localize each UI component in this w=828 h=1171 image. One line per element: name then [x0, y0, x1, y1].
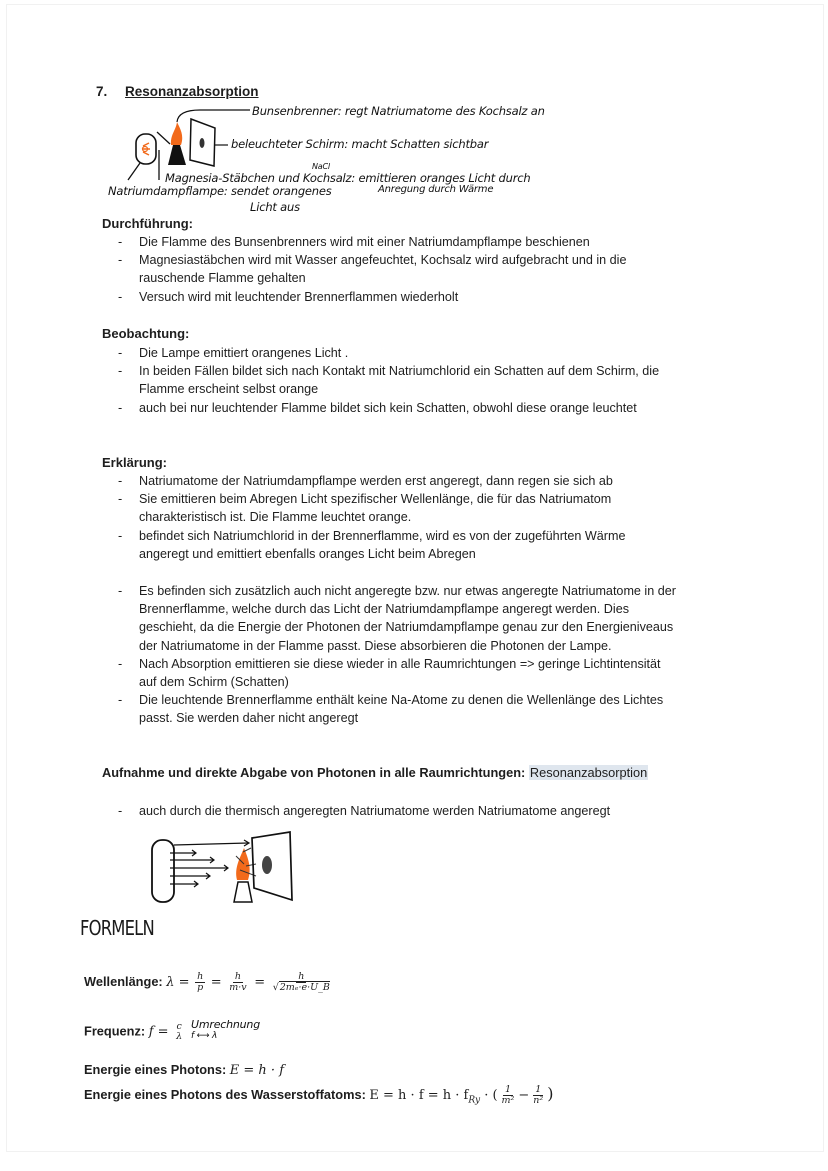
note-umrechnung-2: f ⟷ λ — [191, 1031, 217, 1041]
formeln-heading: FORMELN — [80, 916, 154, 940]
thermal-sketch — [0, 0, 828, 920]
formula-label: Energie eines Photons: — [84, 1062, 226, 1077]
formula-label: Frequenz: — [84, 1023, 145, 1038]
formula-energie: Energie eines Photons: E = h · f — [84, 1062, 284, 1078]
formula-wellenlaenge: Wellenlänge: λ = hp = hm·v = h√2mₑ·e·U_B — [84, 972, 334, 993]
formula-energie-wasserstoff: Energie eines Photons des Wasserstoffato… — [84, 1084, 553, 1106]
formula-frequenz: Frequenz: f = cλ — [84, 1022, 186, 1042]
formula-label: Energie eines Photons des Wasserstoffato… — [84, 1087, 366, 1102]
formula-label: Wellenlänge: — [84, 974, 163, 989]
note-umrechnung: Umrechnung — [191, 1018, 260, 1031]
